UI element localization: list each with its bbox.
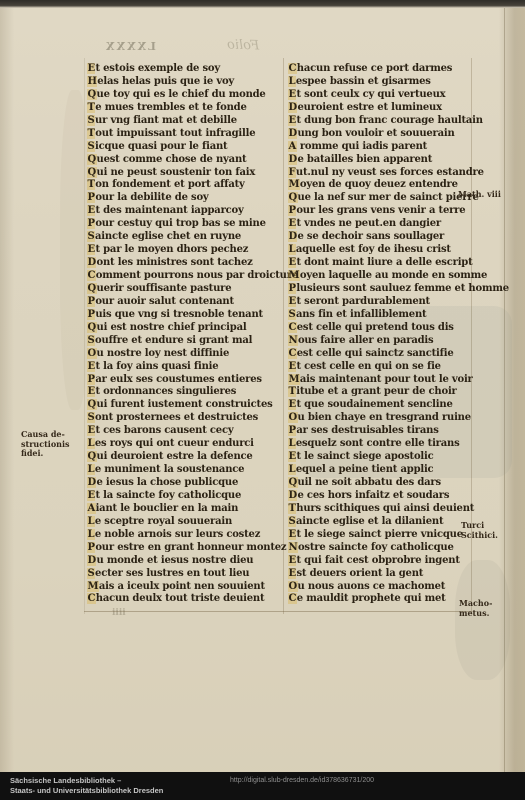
verse-line: Helas helas puis que ie voy <box>87 76 285 89</box>
verse-line: Le sceptre royal souuerain <box>87 516 285 529</box>
verse-line: Et la saincte foy catholicque <box>87 490 285 503</box>
verse-line: Sans fin et infalliblement <box>288 309 486 322</box>
verse-line: Cest celle qui pretend tous dis <box>288 322 486 335</box>
signature-mark-showthrough: iiii <box>112 608 126 618</box>
verse-line: Les roys qui ont cueur endurci <box>87 438 285 451</box>
footer-bar: Sächsische Landesbibliothek – Staats- un… <box>0 772 525 800</box>
scanner-edge-top <box>0 0 525 8</box>
verse-line: Aiant le bouclier en la main <box>87 503 285 516</box>
verse-line: Lequel a peine tient applic <box>288 464 486 477</box>
margin-note-line: metus. <box>459 609 514 619</box>
book-page-scan: LXXXX Folio iiii Et estois exemple de so… <box>0 0 525 800</box>
verse-line: Mais maintenant pour tout le voir <box>288 374 486 387</box>
parchment-stain <box>60 90 90 410</box>
margin-note-causa-destructionis: Causa de- structionis fidei. <box>21 430 83 459</box>
verse-line: Et que soudainement sencline <box>288 399 486 412</box>
verse-line: Et le sainct siege apostolic <box>288 451 486 464</box>
verse-line: Quil ne soit abbatu des dars <box>288 477 486 490</box>
verse-line: Le noble arnois sur leurs costez <box>87 529 285 542</box>
page-left-shadow <box>0 8 14 772</box>
verse-line: Et estois exemple de soy <box>87 63 285 76</box>
margin-note-math-viii: Math. viii <box>458 190 518 200</box>
verse-line: Par eulx ses coustumes entieres <box>87 374 285 387</box>
verse-line: Fut.nul ny veust ses forces estandre <box>288 167 486 180</box>
verse-line: De batailles bien apparent <box>288 154 486 167</box>
verse-line: Et qui fait cest obprobre ingent <box>288 555 486 568</box>
verse-line: Qui deuroient estre la defence <box>87 451 285 464</box>
verse-line: Lesquelz sont contre elle tirans <box>288 438 486 451</box>
verse-line: Ce mauldit prophete qui met <box>288 593 486 606</box>
verse-line: De ces hors infaitz et soudars <box>288 490 486 503</box>
verse-line: Et ordonnances singulieres <box>87 386 285 399</box>
verse-line: Ou nous auons ce machomet <box>288 581 486 594</box>
scan-url: http://digital.slub-dresden.de/id3786367… <box>230 777 374 784</box>
verse-line: Te mues trembles et te fonde <box>87 102 285 115</box>
margin-note-turci-scithici: Turci Scithici. <box>461 521 516 540</box>
verse-line: Le muniment la soustenance <box>87 464 285 477</box>
verse-line: Et vndes ne peut.en dangier <box>288 218 486 231</box>
verse-line: Pour estre en grant honneur montez <box>87 542 285 555</box>
verse-column-left: Et estois exemple de soyHelas helas puis… <box>87 63 285 606</box>
verse-line: Pour les grans vens venir a terre <box>288 205 486 218</box>
verse-line: Sont prosternees et destruictes <box>87 412 285 425</box>
bottom-rule <box>84 611 472 612</box>
verse-line: Sicque quasi pour le fiant <box>87 141 285 154</box>
verse-line: Par ses destruisables tirans <box>288 425 486 438</box>
verse-line: Saincte eglise chet en ruyne <box>87 231 285 244</box>
verse-line: Comment pourrons nous par droicture <box>87 270 285 283</box>
verse-line: Sur vng fiant mat et debille <box>87 115 285 128</box>
verse-line: Titube et a grant peur de choir <box>288 386 486 399</box>
verse-line: Moyen de quoy deuez entendre <box>288 179 486 192</box>
verse-line: Pour la debilite de soy <box>87 192 285 205</box>
verse-line: Nostre saincte foy catholicque <box>288 542 486 555</box>
verse-line: Et sont ceulx cy qui vertueux <box>288 89 486 102</box>
verse-line: Lespee bassin et gisarmes <box>288 76 486 89</box>
verse-line: Qui est nostre chief principal <box>87 322 285 335</box>
verse-line: De se dechoir sans soullager <box>288 231 486 244</box>
verse-line: Tout impuissant tout infragille <box>87 128 285 141</box>
verse-line: Secter ses lustres en tout lieu <box>87 568 285 581</box>
verse-line: Moyen laquelle au monde en somme <box>288 270 486 283</box>
margin-note-line: fidei. <box>21 449 83 459</box>
verse-line: Chacun refuse ce port darmes <box>288 63 486 76</box>
folio-number-showthrough: LXXXX <box>104 40 156 53</box>
verse-line: Chacun deulx tout triste deuient <box>87 593 285 606</box>
verse-line: Querir souffisante pasture <box>87 283 285 296</box>
column-rule-left <box>84 58 85 614</box>
library-attribution: Sächsische Landesbibliothek – Staats- un… <box>10 776 163 795</box>
verse-line: Est deuers orient la gent <box>288 568 486 581</box>
verse-line: Et des maintenant iapparcoy <box>87 205 285 218</box>
verse-line: Cest celle qui sainctz sanctifie <box>288 348 486 361</box>
verse-line: Laquelle est foy de ihesu crist <box>288 244 486 257</box>
verse-line: Et ces barons causent cecy <box>87 425 285 438</box>
verse-line: Quest comme chose de nyant <box>87 154 285 167</box>
verse-line: Puis que vng si tresnoble tenant <box>87 309 285 322</box>
library-name-line1: Sächsische Landesbibliothek – <box>10 776 163 786</box>
verse-line: Deuroient estre et lumineux <box>288 102 486 115</box>
verse-line: Qui furent iustement construictes <box>87 399 285 412</box>
verse-line: Dont les ministres sont tachez <box>87 257 285 270</box>
verse-line: Du monde et iesus nostre dieu <box>87 555 285 568</box>
verse-line: Et la foy ains quasi finie <box>87 361 285 374</box>
verse-line: Ou bien chaye en tresgrand ruine <box>288 412 486 425</box>
folio-word-showthrough: Folio <box>227 37 260 53</box>
verse-line: Pour auoir salut contenant <box>87 296 285 309</box>
verse-line: Dung bon vouloir et souuerain <box>288 128 486 141</box>
verse-line: Et dung bon franc courage haultain <box>288 115 486 128</box>
margin-note-line: Scithici. <box>461 531 516 541</box>
verse-line: Souffre et endure si grant mal <box>87 335 285 348</box>
verse-line: Nous faire aller en paradis <box>288 335 486 348</box>
verse-line: Saincte eglise et la dilanient <box>288 516 486 529</box>
library-name-line2: Staats- und Universitätsbibliothek Dresd… <box>10 786 163 796</box>
verse-line: Ou nostre loy nest diffinie <box>87 348 285 361</box>
verse-line: Mais a iceulx point nen souuient <box>87 581 285 594</box>
verse-line: Ton fondement et port affaty <box>87 179 285 192</box>
verse-line: Que la nef sur mer de sainct pierre <box>288 192 486 205</box>
verse-line: Pour cestuy qui trop bas se mine <box>87 218 285 231</box>
verse-line: Et par le moyen dhors pechez <box>87 244 285 257</box>
verse-line: Et le siege sainct pierre vnicque <box>288 529 486 542</box>
verse-line: A romme qui iadis parent <box>288 141 486 154</box>
verse-line: Et cest celle en qui on se fie <box>288 361 486 374</box>
verse-line: Plusieurs sont sauluez femme et homme <box>288 283 486 296</box>
verse-line: Et seront pardurablement <box>288 296 486 309</box>
verse-column-right: Chacun refuse ce port darmesLespee bassi… <box>288 63 486 606</box>
margin-note-machometus: Macho- metus. <box>459 599 514 618</box>
verse-line: De iesus la chose publicque <box>87 477 285 490</box>
verse-line: Thurs scithiques qui ainsi deuient <box>288 503 486 516</box>
verse-line: Que toy qui es le chief du monde <box>87 89 285 102</box>
verse-line: Et dont maint liure a delle escript <box>288 257 486 270</box>
verse-line: Qui ne peust soustenir ton faix <box>87 167 285 180</box>
